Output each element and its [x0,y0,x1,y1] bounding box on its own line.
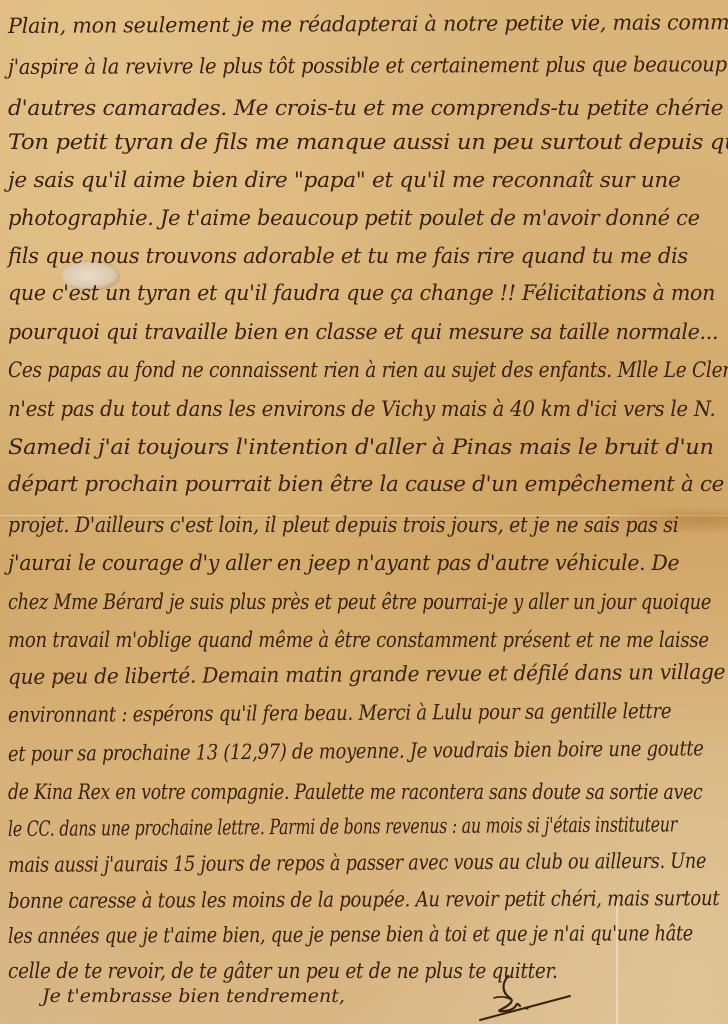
letter-line: pourquoi qui travaille bien en classe et… [8,320,718,344]
letter-body: Plain, mon seulement je me réadapterai à… [0,0,728,1024]
letter-line: mon travail m'oblige quand même à être c… [8,628,709,652]
letter-line: que peu de liberté. Demain matin grande … [8,660,725,689]
letter-line: photographie. Je t'aime beaucoup petit p… [8,206,700,230]
letter-line: chez Mme Bérard je suis plus près et peu… [8,590,711,614]
letter-line: je sais qu'il aime bien dire "papa" et q… [8,168,680,192]
letter-line: j'aspire à la revivre le plus tôt possib… [8,52,727,79]
signature-scribble-icon [470,972,590,1022]
letter-line: mais aussi j'aurais 15 jours de repos à … [8,849,706,877]
letter-line: d'autres camarades. Me crois-tu et me co… [8,96,728,120]
letter-line: Plain, mon seulement je me réadapterai à… [8,10,728,38]
signature [470,972,590,1022]
letter-line: départ prochain pourrait bien être la ca… [8,472,724,496]
letter-line: les années que je t'aime bien, que je pe… [8,921,693,948]
letter-page: Plain, mon seulement je me réadapterai à… [0,0,728,1024]
letter-line: fils que nous trouvons adorable et tu me… [8,244,688,268]
letter-line: n'est pas du tout dans les environs de V… [8,397,716,421]
letter-line: que c'est un tyran et qu'il faudra que ç… [8,281,715,305]
letter-line: projet. D'ailleurs c'est loin, il pleut … [8,513,679,537]
letter-line: Samedi j'ai toujours l'intention d'aller… [8,435,714,459]
letter-line: et pour sa prochaine 13 (12,97) de moyen… [8,736,704,766]
letter-line: Ton petit tyran de fils me manque aussi … [8,130,728,154]
letter-line: Ces papas au fond ne connaissent rien à … [8,358,728,382]
letter-line: j'aurai le courage d'y aller en jeep n'a… [8,551,679,575]
letter-line: environnant : espérons qu'il fera beau. … [8,699,671,727]
letter-line: de Kina Rex en votre compagnie. Paulette… [8,780,702,804]
letter-closing: Je t'embrasse bien tendrement, [42,985,345,1007]
letter-line: le CC. dans une prochaine lettre. Parmi … [8,812,677,841]
letter-line: bonne caresse à tous les moins de la pou… [8,886,719,913]
